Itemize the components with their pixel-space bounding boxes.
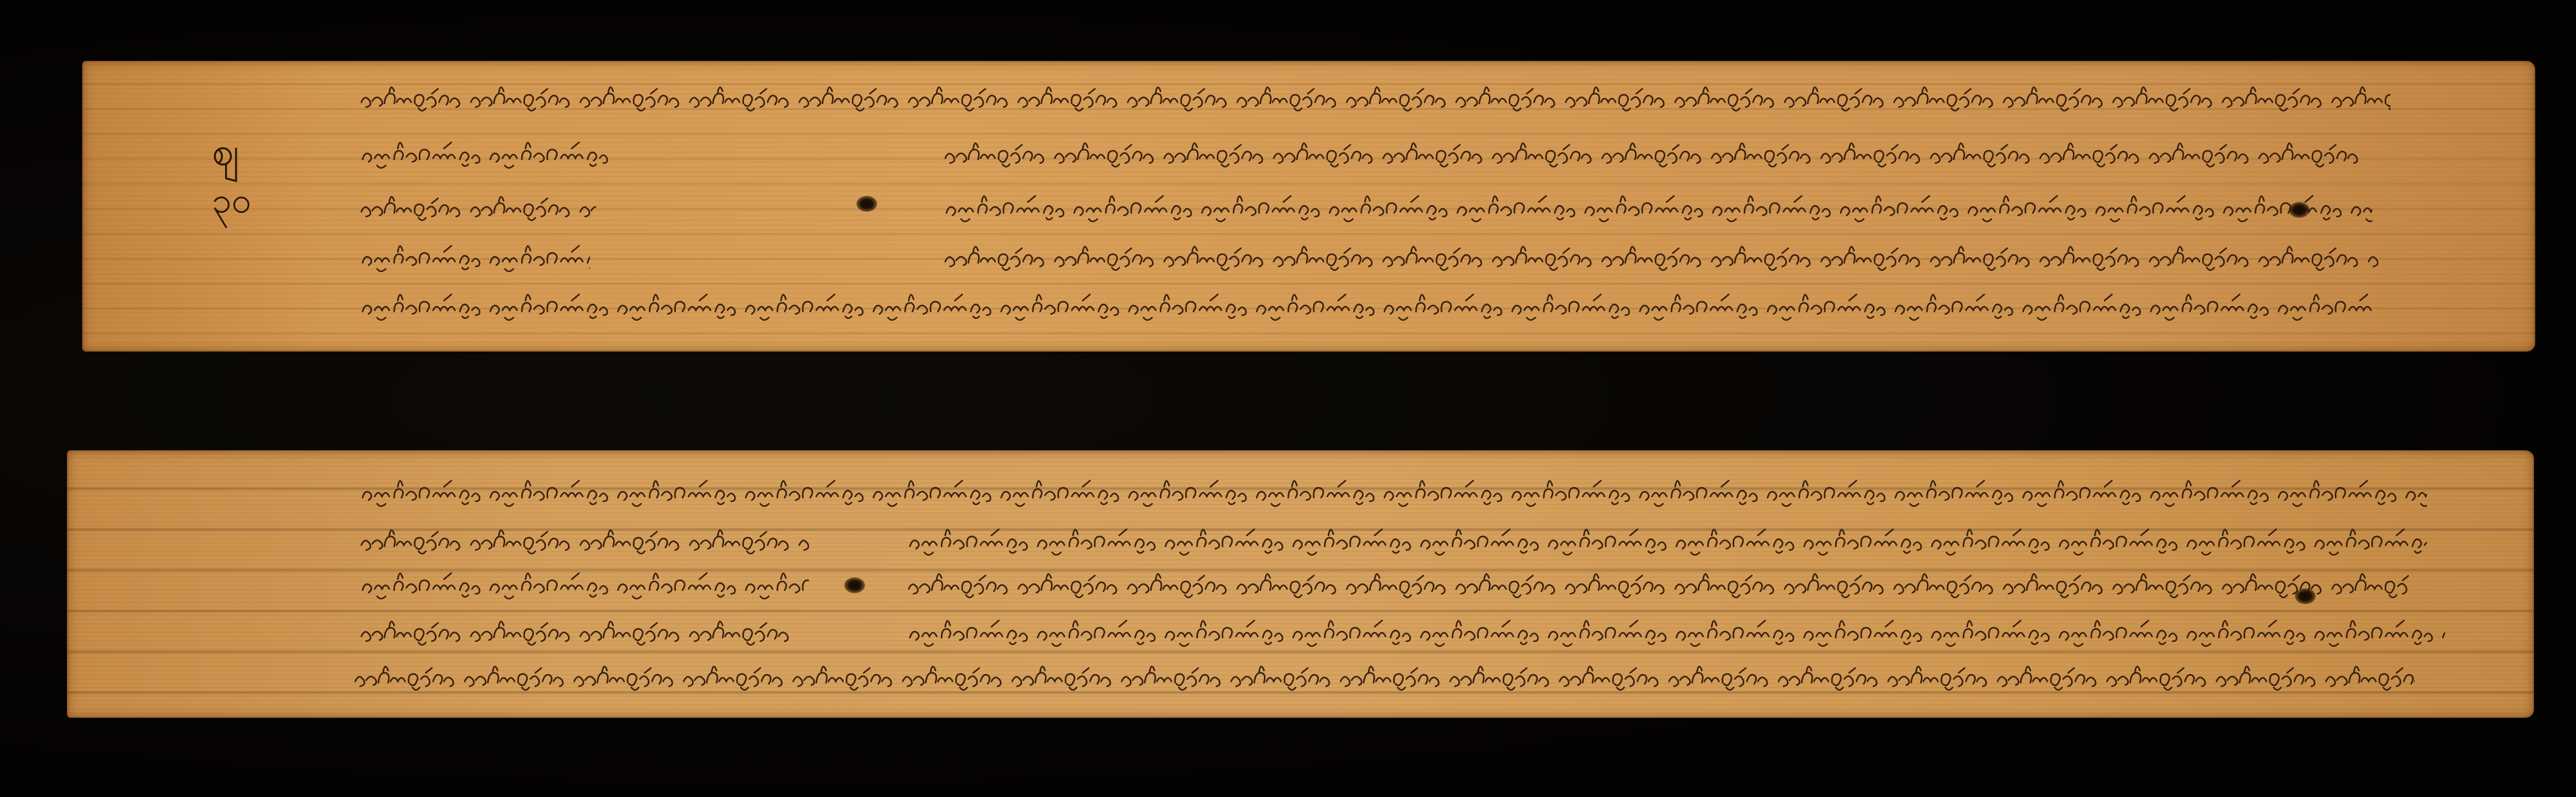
script-line-2-left: ပေါက်ဖွားလာသော ရုပ်ဓာတ်သက်ဝင်ရှင်ပြန်ခြင… bbox=[359, 135, 608, 172]
script-line-5: ထိုကြောင့်ပြုလုပ်ခဲ့သောပုဂ္ဂိုလ်များအားလ… bbox=[359, 287, 2372, 324]
script-line-3-left: ဝဒ္ဓနသဿဝမှုကံသမ္ဘာရ ကြီးတက်ညာဂတ bbox=[359, 189, 596, 225]
script-line-2-right: ဟိုမှသည်မှ သွားလာကြရာတွင် အရှင်ဘုရား အမိ… bbox=[906, 522, 2427, 559]
script-line-4-left: ကျင့်စဉ်ကံမှုကံပြုစုပျိုးထောင်ခဲ့သည့် bbox=[359, 238, 590, 275]
string-hole-right bbox=[2295, 588, 2316, 604]
margin-folio-letter: ဈ bbox=[212, 133, 239, 172]
string-hole-left bbox=[856, 196, 877, 212]
script-line-3-right: နဂရိဂိုဏ်းသင်္ဃာရုံညီလာခံကျင်းပသည့်ပွဲတေ… bbox=[943, 189, 2372, 225]
margin-folio-number: ၃၀ bbox=[212, 183, 251, 218]
script-line-1: နွှန်းဖွံ့ဖြိုးမြေသည့်ဖြစ်ခြင်းသို့မျှော… bbox=[359, 79, 2390, 116]
script-line-5: ဝေနေယျသတ္တဝါတို့၏ အကျိုးစီးပွားအတွက် ဟော… bbox=[353, 658, 2415, 695]
string-hole-right bbox=[2289, 202, 2310, 218]
script-line-4-left: သဒ္ဓါတရားထက်သန်သော မေတ္တာရှင်များ bbox=[359, 613, 797, 650]
script-line-1: ကိုယ်တော်မြတ်ကြီး ဘုရားရှင်၏ တရားတော်မျာ… bbox=[359, 473, 2427, 510]
script-line-4-right: ကုသိုလ်တရားများ ပြည့်စုံကြပါစေ သုခချမ်းသ… bbox=[906, 613, 2445, 650]
script-line-3-right: လောကီလောကုတ္တရာ တရားနှစ်ပါးကို သိမြင်နို… bbox=[906, 566, 2409, 602]
script-line-2-left: ဉာဏ်ပညာရှိသူတို့၏ အကျင့်သီလ bbox=[359, 522, 809, 559]
script-line-3-left: မိဘဆွေမျိုးကြီးများ မေတ္တာထားကြသော bbox=[359, 566, 809, 602]
script-line-4-right: ဆရာတော်ကြီးများ မြတ်စွာဘုရားဟောကြားတော်မ… bbox=[943, 238, 2378, 275]
palm-leaf-bottom: ကိုယ်တော်မြတ်ကြီး ဘုရားရှင်၏ တရားတော်မျာ… bbox=[67, 450, 2534, 718]
string-hole-left bbox=[844, 577, 865, 593]
script-line-2-right: ဖွံ့ဖြိုးပြီးကြီးပွားတိုးတက်လာခြင်းဖြစ်ပ… bbox=[943, 135, 2366, 172]
palm-leaf-top: ဈ ၃၀ နွှန်းဖွံ့ဖြိုးမြေသည့်ဖြစ်ခြင်းသို့… bbox=[82, 61, 2535, 352]
